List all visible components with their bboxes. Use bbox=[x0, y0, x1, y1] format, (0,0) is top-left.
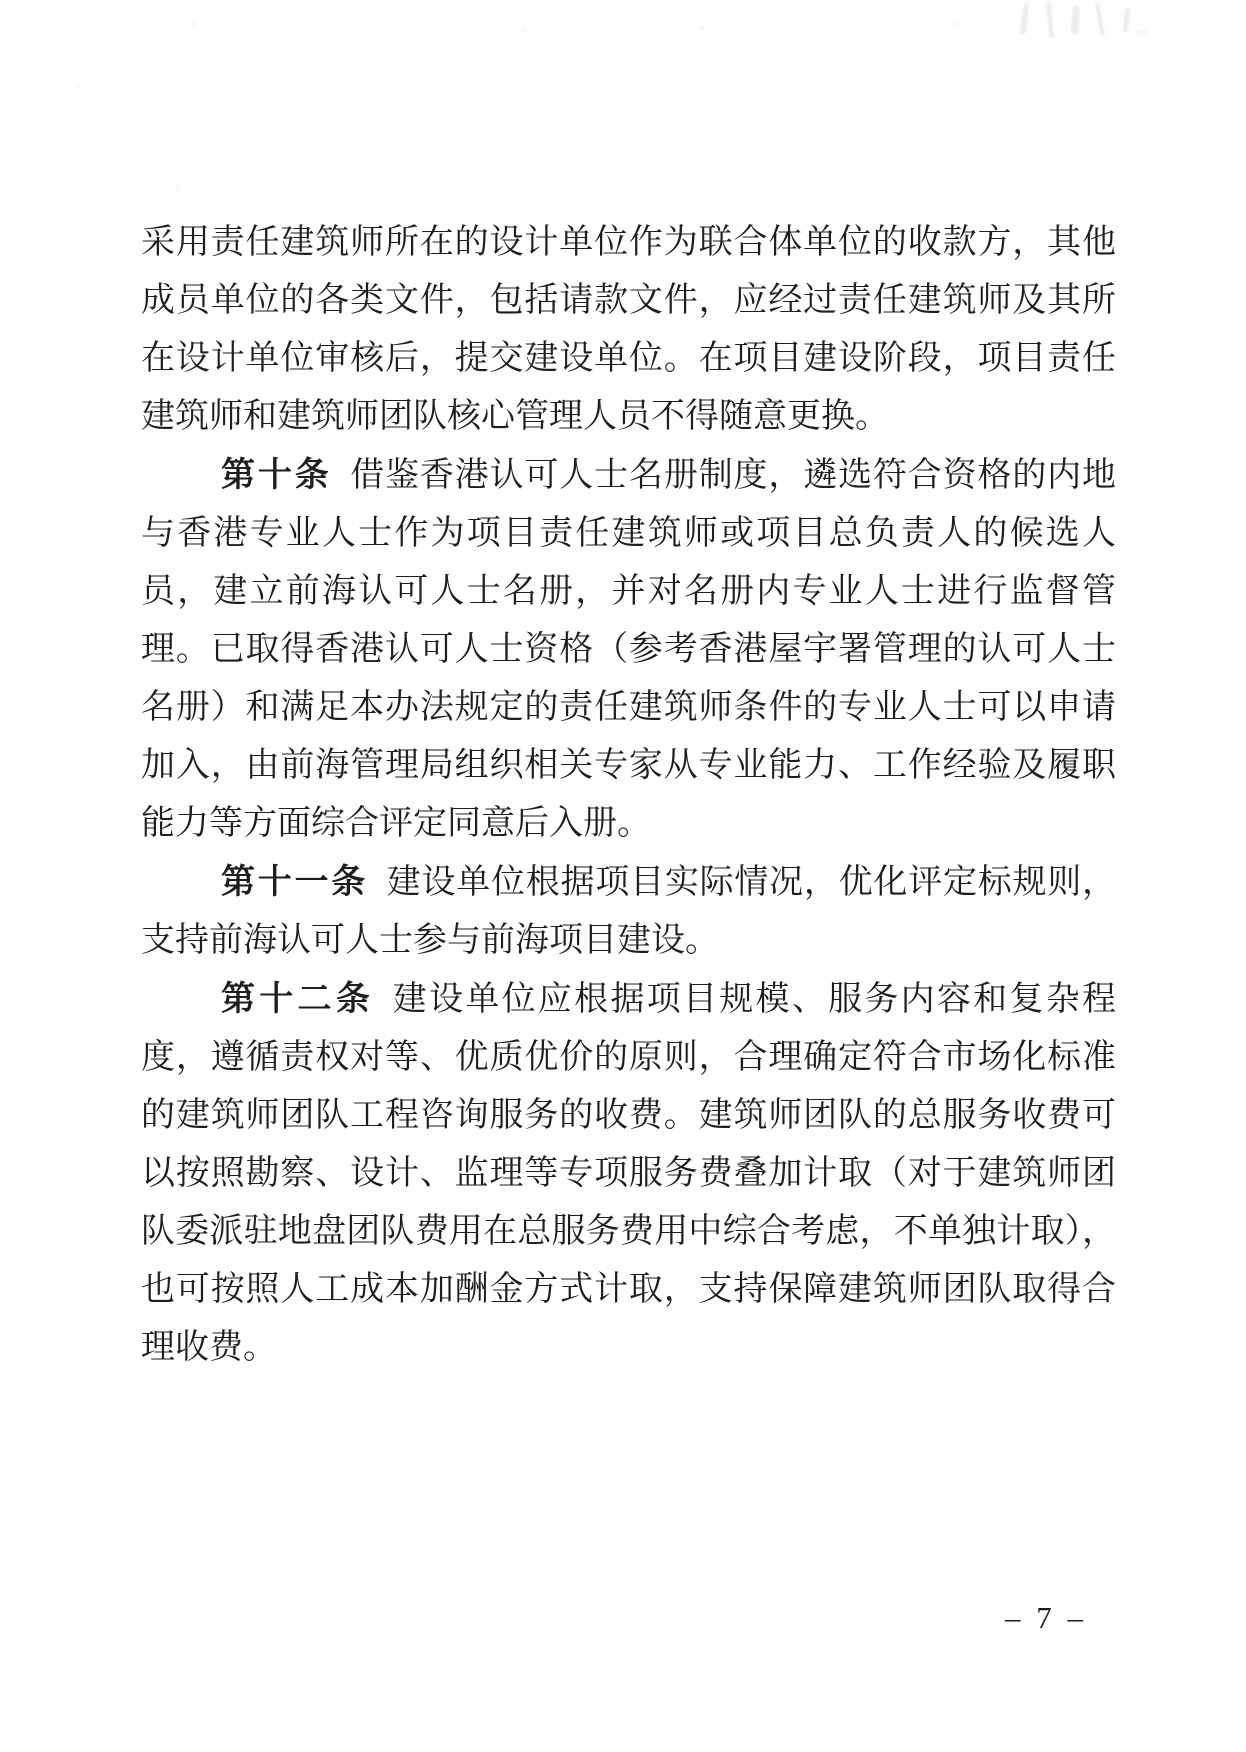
scan-artifact bbox=[1123, 8, 1130, 32]
scan-artifact bbox=[176, 187, 180, 191]
article-10-text: 借鉴香港认可人士名册制度，遴选符合资格的内地与香港专业人士作为项目责任建筑师或项… bbox=[141, 457, 1116, 842]
scan-artifact bbox=[522, 28, 527, 32]
page-number: – 7 – bbox=[1005, 1598, 1087, 1638]
paragraph-article-10: 第十条借鉴香港认可人士名册制度，遴选符合资格的内地与香港专业人士作为项目责任建筑… bbox=[141, 446, 1116, 853]
scan-artifact bbox=[1020, 4, 1029, 34]
scan-artifact bbox=[77, 84, 81, 89]
scan-artifact bbox=[700, 26, 705, 29]
paragraph-continuation: 采用责任建筑师所在的设计单位作为联合体单位的收款方，其他成员单位的各类文件，包括… bbox=[141, 214, 1116, 446]
paragraph-article-11: 第十一条建设单位根据项目实际情况，优化评定标规则，支持前海认可人士参与前海项目建… bbox=[141, 853, 1116, 970]
scan-artifact bbox=[953, 22, 959, 26]
article-10-heading: 第十条 bbox=[221, 456, 332, 494]
paragraph-continuation-text: 采用责任建筑师所在的设计单位作为联合体单位的收款方，其他成员单位的各类文件，包括… bbox=[141, 224, 1116, 435]
scan-artifact bbox=[1137, 30, 1147, 35]
document-page: 采用责任建筑师所在的设计单位作为联合体单位的收款方，其他成员单位的各类文件，包括… bbox=[0, 0, 1246, 1752]
scan-artifact bbox=[1071, 6, 1080, 34]
article-12-text: 建设单位应根据项目规模、服务内容和复杂程度，遵循责权对等、优质优价的原则，合理确… bbox=[141, 981, 1116, 1366]
document-body: 采用责任建筑师所在的设计单位作为联合体单位的收款方，其他成员单位的各类文件，包括… bbox=[141, 214, 1116, 1377]
scan-artifact bbox=[1046, 2, 1054, 38]
scan-artifact bbox=[190, 22, 196, 26]
paragraph-article-12: 第十二条建设单位应根据项目规模、服务内容和复杂程度，遵循责权对等、优质优价的原则… bbox=[141, 970, 1116, 1377]
article-11-heading: 第十一条 bbox=[221, 863, 368, 901]
scan-artifact bbox=[1095, 3, 1105, 36]
article-12-heading: 第十二条 bbox=[221, 980, 374, 1018]
